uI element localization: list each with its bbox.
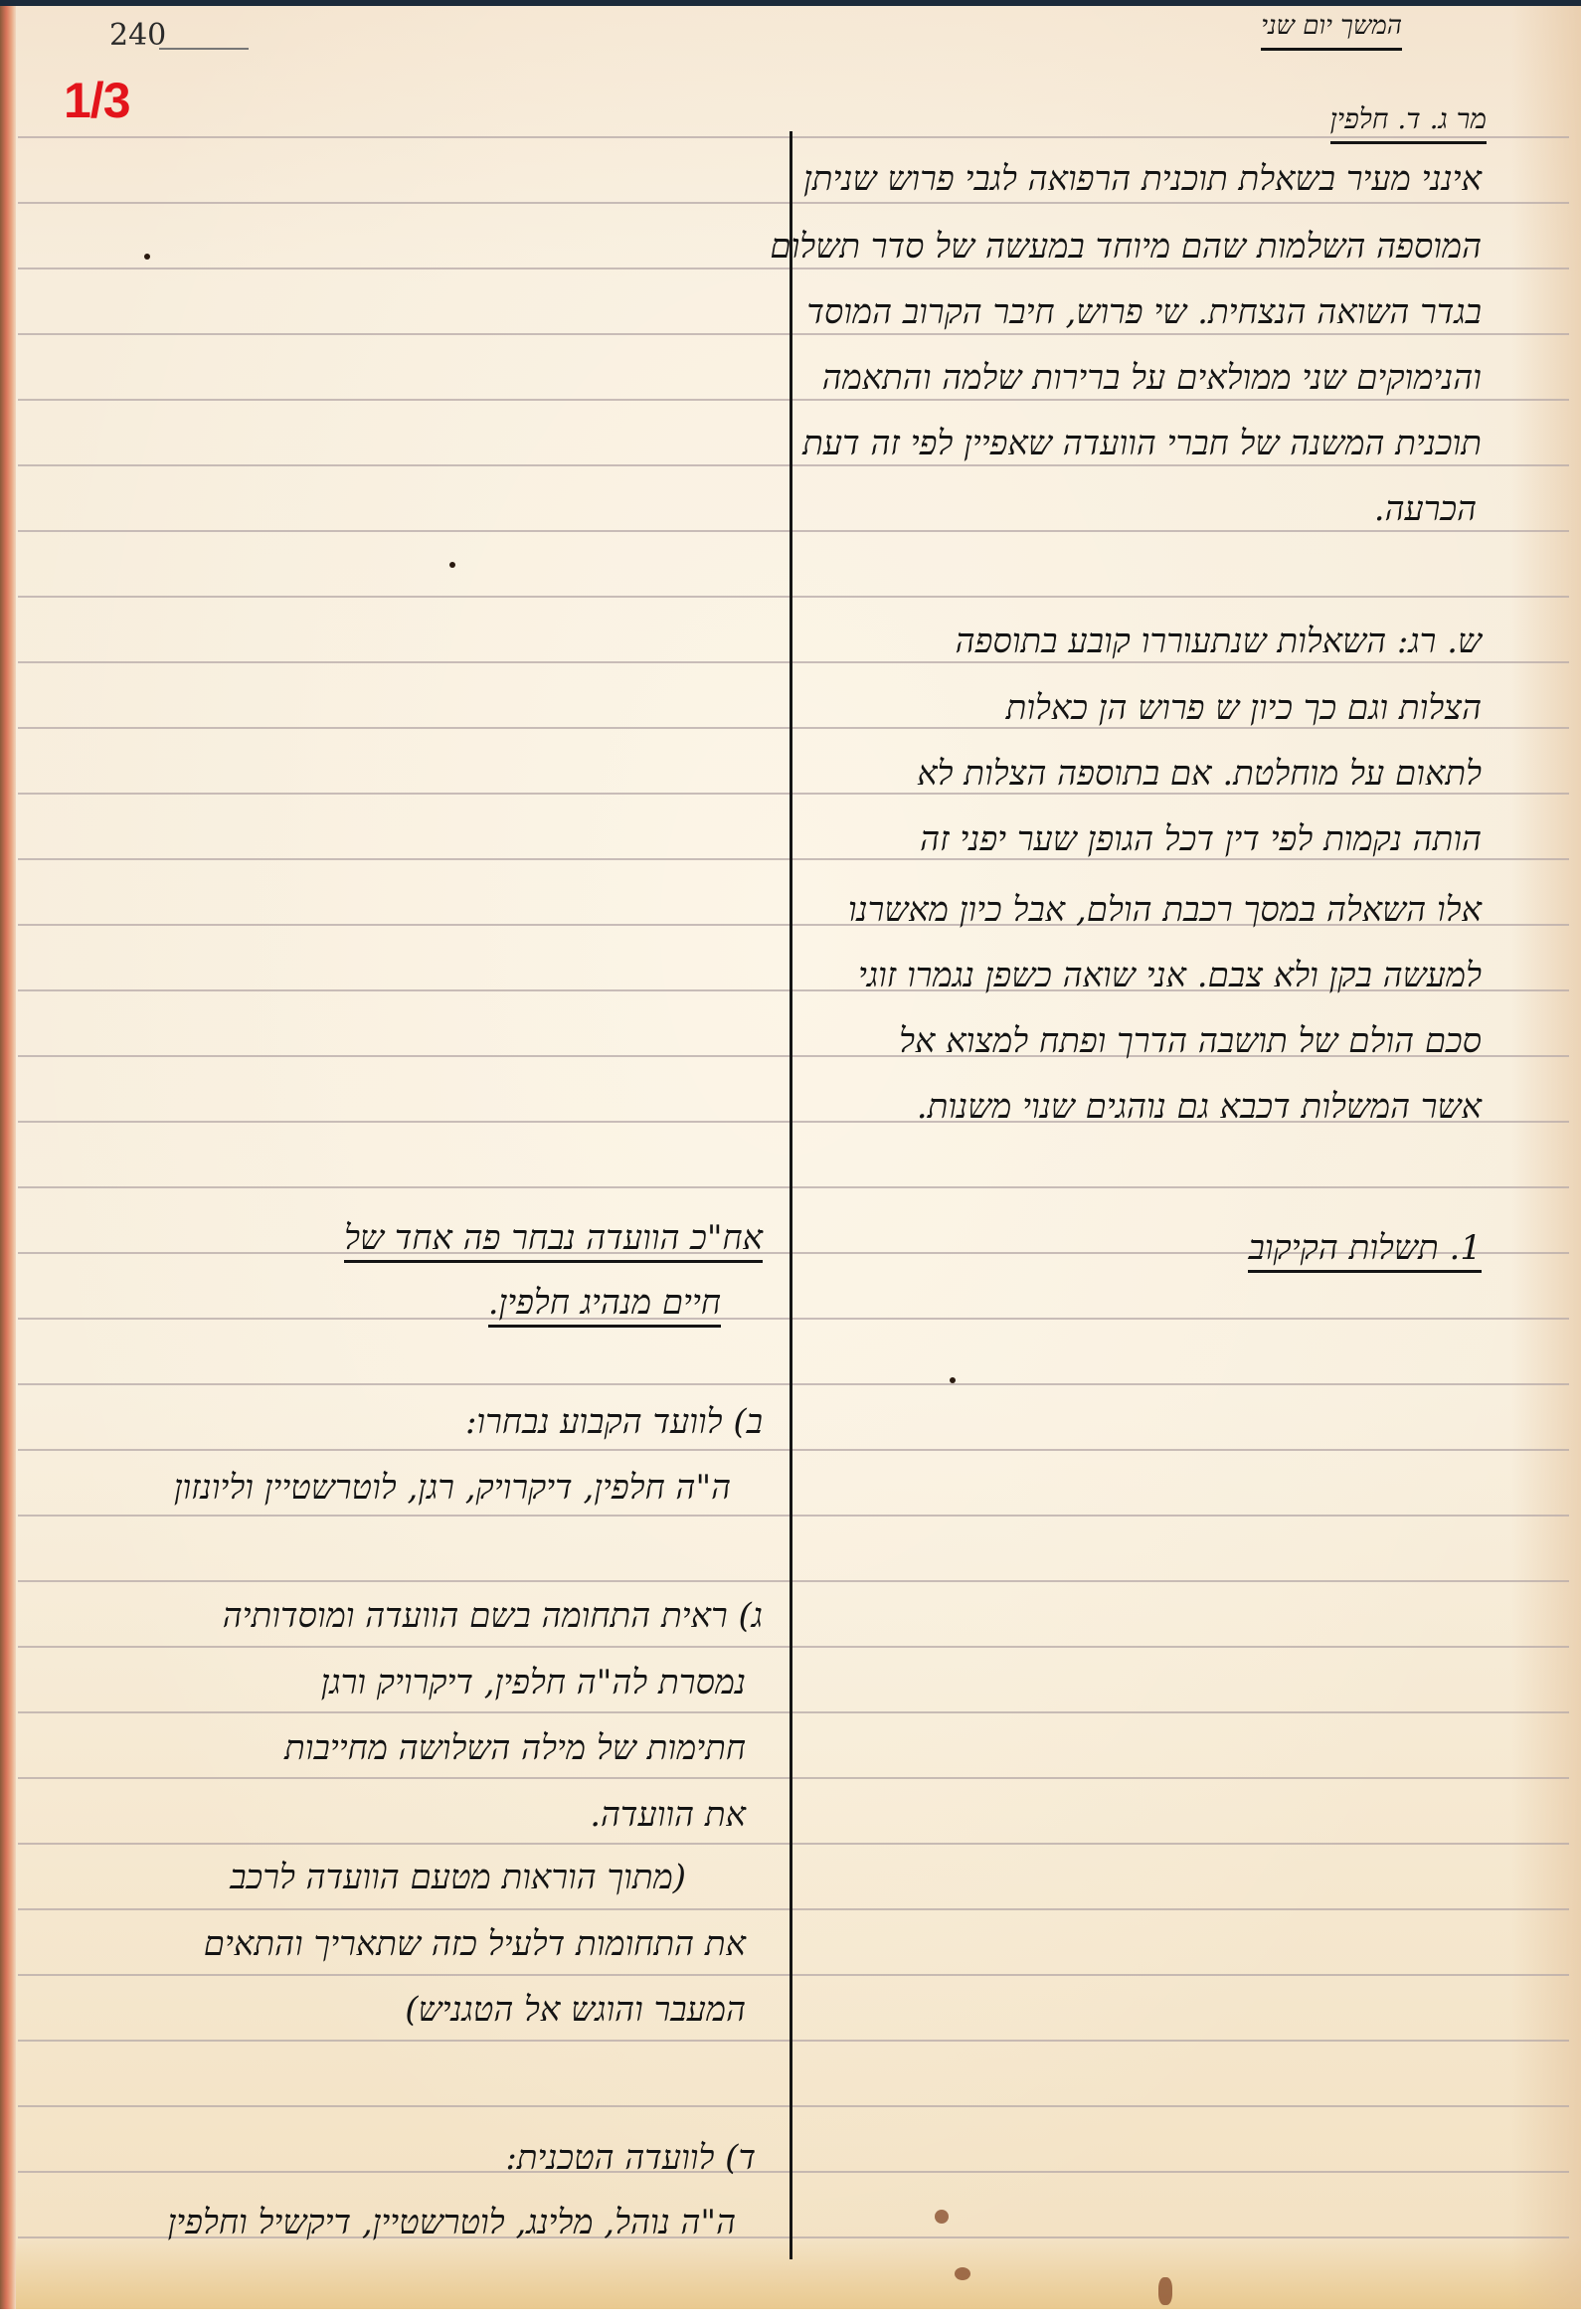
paragraph-line: סכם הולם של תושבה הדרך ופתח למצוא אל [899, 1021, 1482, 1061]
page-binding-edge [0, 6, 16, 2309]
ink-stain [1158, 2277, 1172, 2305]
ruled-line [18, 268, 1569, 269]
section-b-title: ב) לוועד הקבוע נבחרו: [465, 1402, 763, 1442]
ruled-line [18, 2040, 1569, 2042]
paragraph-line: המוספה השלמות שהם מיוחד במעשה של סדר תשל… [770, 227, 1482, 267]
section-c-line: ג) ראית התחומה בשם הוועדה ומוסדותיה [223, 1596, 763, 1636]
ruled-line [18, 202, 1569, 204]
ruled-line [18, 596, 1569, 598]
ruled-line [18, 1777, 1569, 1779]
paragraph-line: למעשה בקן ולא צבם. אני שואה כשפן נגמרו ז… [858, 956, 1482, 995]
section-b-names: ה"ה חלפין, דיקרויק, רגן, לוטרשטיין וליונ… [174, 1468, 731, 1508]
paragraph-line: הכרעה. [1374, 489, 1477, 529]
section-d-names: ה"ה נוהל, מלינג, לוטרשטיין, דיקשיל וחלפי… [168, 2203, 736, 2242]
paragraph-line: תוכנית המשנה של חברי הוועדה שאפיין לפי ז… [802, 424, 1482, 463]
paragraph-line: אלו השאלה במסך רכבת הולם, אבל כיון מאשרנ… [848, 890, 1482, 930]
paragraph-line: אשר המשלות דכבא גם נוהגים שנוי משנות. [917, 1087, 1482, 1127]
section-c-line: חתימות של מילה השלושה מחייבות [284, 1728, 746, 1768]
ruled-line [18, 1908, 1569, 1910]
ruled-line [18, 464, 1569, 466]
ink-speck [449, 562, 455, 568]
paragraph-line: והנימוקים שני ממולאים על ברירות שלמה והת… [822, 358, 1482, 398]
archive-number-underline [159, 48, 249, 50]
ruled-line [18, 1580, 1569, 1582]
section-c-note-line: (מתוך הוראות מטעם הוועדה לרכב [230, 1858, 686, 1897]
section-c-line: את הוועדה. [590, 1795, 746, 1835]
section-d-title: ד) לוועדה הטכנית: [505, 2138, 756, 2178]
ruled-line [18, 2171, 1569, 2173]
paragraph-line: ש. רג: השאלות שנתעוררו קובע בתוספה [956, 622, 1482, 661]
resolution-title-line: חיים מנהיג חלפין. [488, 1283, 721, 1328]
continuation-header: המשך יום שני [1261, 6, 1402, 51]
ruled-line [18, 2105, 1569, 2107]
ruled-line [18, 1186, 1569, 1188]
resolution-title-line: אח"כ הוועדה נבחר פה אחד של [344, 1218, 763, 1263]
ruled-line [18, 661, 1569, 663]
ruled-line [18, 333, 1569, 335]
section-c-line: נמסרת לה"ה חלפין, דיקרויק ורגן [321, 1663, 746, 1702]
paragraph-line: הותה נקמות לפי דין דכל הגופן שער יפני זה [920, 819, 1482, 859]
ruled-line [18, 1974, 1569, 1976]
ink-stain [955, 2267, 970, 2280]
column-divider [790, 131, 792, 2259]
ink-speck [950, 1377, 956, 1383]
ruled-line [18, 1515, 1569, 1517]
paragraph-line: לתאום על מוחלטת. אם בתוספה הצלות לא [917, 754, 1482, 794]
section-c-note-line: המעבר והוגש אל הטגניש) [405, 1990, 746, 2030]
paragraph-line: הצלות וגם כך כיון ש פרוש הן כאלות [1006, 688, 1482, 728]
ruled-line [18, 399, 1569, 401]
paragraph-line: בגדר השואה הנצחית. שי פרוש, חיבר הקרוב ה… [806, 292, 1482, 332]
ruled-line [18, 1449, 1569, 1451]
ink-stain [935, 2210, 949, 2224]
ruled-line [18, 1646, 1569, 1648]
paragraph-line: אינני מעיר בשאלת תוכנית הרפואה לגבי פרוש… [803, 159, 1482, 199]
ink-speck [144, 254, 150, 260]
speaker-name: מר ג. ד. חלפין [1330, 99, 1487, 144]
ruled-line [18, 1383, 1569, 1385]
ruled-line [18, 530, 1569, 532]
page-marker: 1/3 [64, 72, 130, 129]
ruled-line [18, 1318, 1569, 1320]
item-heading: 1. תשלות הקיקוב [1248, 1228, 1482, 1273]
archive-number: 240 [109, 18, 166, 53]
section-c-note-line: את התחומות דלעיל כזה שתאריך והתאים [204, 1924, 746, 1964]
ruled-line [18, 1711, 1569, 1713]
ruled-line [18, 1843, 1569, 1845]
